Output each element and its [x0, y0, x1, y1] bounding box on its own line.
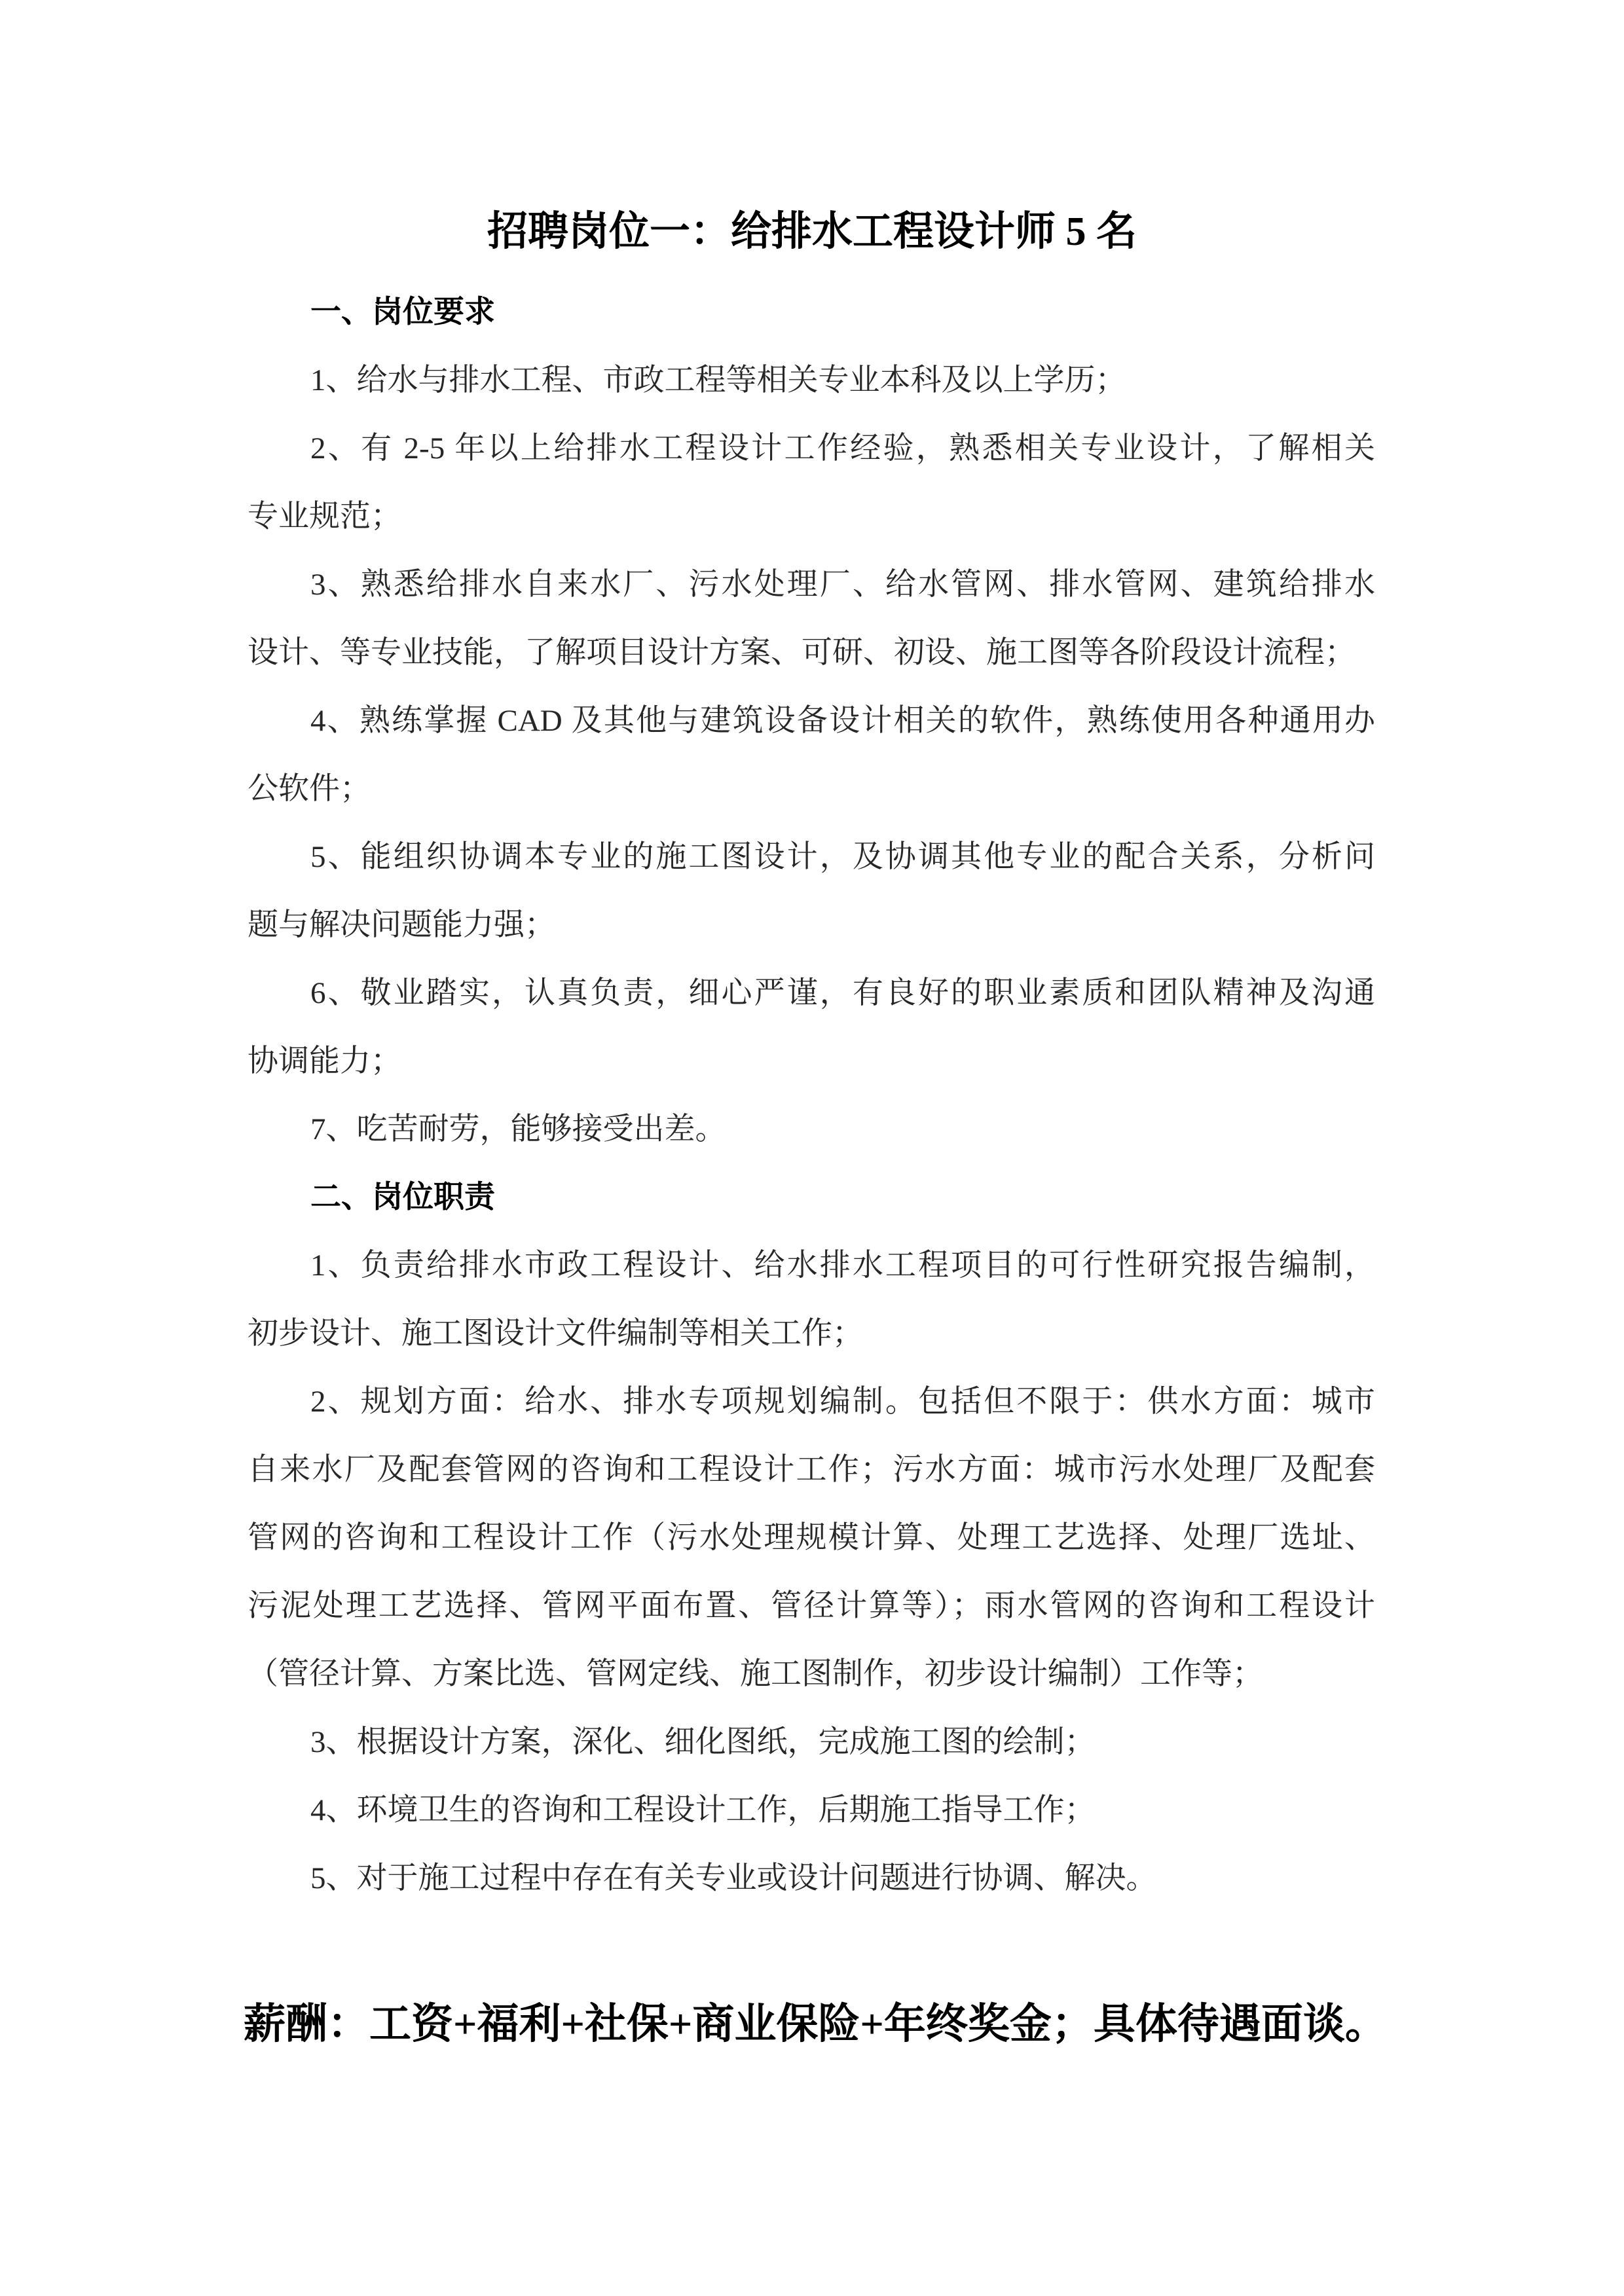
body-line: 5、能组织协调本专业的施工图设计，及协调其他专业的配合关系，分析问	[248, 823, 1375, 891]
body-line: 设计、等专业技能，了解项目设计方案、可研、初设、施工图等各阶段设计流程；	[248, 619, 1375, 687]
body-line: 7、吃苦耐劳，能够接受出差。	[248, 1095, 1375, 1163]
body-line: 自来水厂及配套管网的咨询和工程设计工作；污水方面：城市污水处理厂及配套	[248, 1436, 1375, 1504]
body-line: 公软件；	[248, 755, 1375, 823]
document-body: 一、岗位要求1、给水与排水工程、市政工程等相关专业本科及以上学历；2、有 2-5…	[248, 278, 1375, 1912]
body-line: （管径计算、方案比选、管网定线、施工图制作，初步设计编制）工作等；	[248, 1640, 1375, 1708]
body-line: 4、环境卫生的咨询和工程设计工作，后期施工指导工作；	[248, 1776, 1375, 1844]
body-line: 2、规划方面：给水、排水专项规划编制。包括但不限于：供水方面：城市	[248, 1368, 1375, 1436]
body-line: 6、敬业踏实，认真负责，细心严谨，有良好的职业素质和团队精神及沟通	[248, 959, 1375, 1027]
body-line: 专业规范；	[248, 483, 1375, 551]
salary-line: 薪酬：工资+福利+社保+商业保险+年终奖金；具体待遇面谈。	[244, 1990, 1396, 2058]
body-line: 3、根据设计方案，深化、细化图纸，完成施工图的绘制；	[248, 1708, 1375, 1776]
document-title: 招聘岗位一：给排水工程设计师 5 名	[0, 200, 1624, 263]
body-line: 初步设计、施工图设计文件编制等相关工作；	[248, 1300, 1375, 1368]
document-page: 招聘岗位一：给排水工程设计师 5 名 一、岗位要求1、给水与排水工程、市政工程等…	[0, 0, 1624, 2296]
body-line: 管网的咨询和工程设计工作（污水处理规模计算、处理工艺选择、处理厂选址、	[248, 1504, 1375, 1572]
body-line: 3、熟悉给排水自来水厂、污水处理厂、给水管网、排水管网、建筑给排水	[248, 551, 1375, 619]
body-line: 1、给水与排水工程、市政工程等相关专业本科及以上学历；	[248, 346, 1375, 414]
body-line: 5、对于施工过程中存在有关专业或设计问题进行协调、解决。	[248, 1844, 1375, 1912]
section-heading: 二、岗位职责	[248, 1163, 1375, 1231]
body-line: 2、有 2-5 年以上给排水工程设计工作经验，熟悉相关专业设计，了解相关	[248, 414, 1375, 483]
body-line: 题与解决问题能力强；	[248, 891, 1375, 959]
section-heading: 一、岗位要求	[248, 278, 1375, 346]
body-line: 1、负责给排水市政工程设计、给水排水工程项目的可行性研究报告编制，	[248, 1231, 1375, 1300]
body-line: 污泥处理工艺选择、管网平面布置、管径计算等）；雨水管网的咨询和工程设计	[248, 1572, 1375, 1640]
body-line: 协调能力；	[248, 1027, 1375, 1095]
body-line: 4、熟练掌握 CAD 及其他与建筑设备设计相关的软件，熟练使用各种通用办	[248, 687, 1375, 755]
